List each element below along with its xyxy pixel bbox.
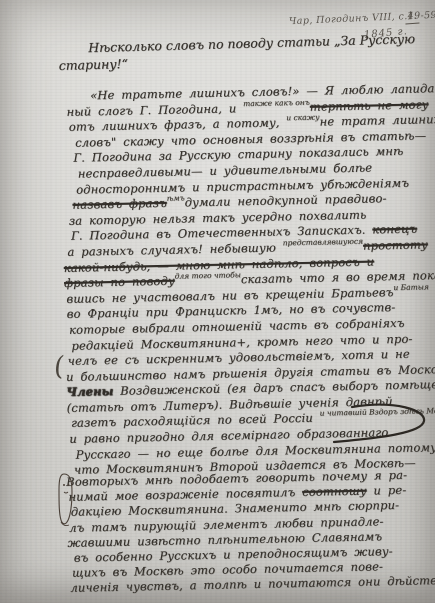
handwritten-text: и ре- <box>366 483 406 498</box>
inserted-text: для того чтобы <box>174 267 240 284</box>
handwritten-text: ный слогъ Г. Погодина, и <box>66 101 243 119</box>
inserted-text: и читавшій Вздоръ здѣсь Москвѣ! <box>319 403 435 422</box>
inserted-text: представлявшуюся <box>283 234 364 251</box>
handwritten-text: словъ <box>428 236 435 251</box>
struck-text: соотношу <box>302 484 367 499</box>
handwritten-text: тѣмъ же какъ <box>428 95 435 111</box>
page-number: 1. <box>405 10 420 25</box>
body-paragraph-2: Вовторыхъ мнѣ подобаетъ говорить почему … <box>60 467 434 596</box>
struck-text: назвавъ фразъ <box>72 196 167 212</box>
struck-text: простоту <box>363 237 428 252</box>
body-paragraph-1: «Не тратьте лишнихъ словъ!» — Я люблю ла… <box>60 81 435 479</box>
ink-blot-word: Члены <box>66 384 113 399</box>
inserted-text: и скажу <box>286 110 320 126</box>
margin-bracket-mark: ( <box>52 352 65 383</box>
manuscript-title: Нѣсколько словъ по поводу статьи „За Рус… <box>58 31 399 74</box>
manuscript-page: Чар, Погодинъ VIII, с.49-59 1. 1845 г. Н… <box>0 0 435 603</box>
margin-doodle-icon <box>56 470 82 528</box>
struck-text: терпѣть не могу <box>310 97 429 113</box>
struck-text: фразы по поводу <box>64 274 175 290</box>
inserted-text: ѣмъ <box>167 191 185 207</box>
inserted-text: также какъ онъ <box>243 94 310 111</box>
inserted-text: и Батыя <box>393 279 429 295</box>
handwritten-text: не тратя лишнихъ <box>319 112 435 129</box>
struck-text: конецъ <box>372 222 417 237</box>
